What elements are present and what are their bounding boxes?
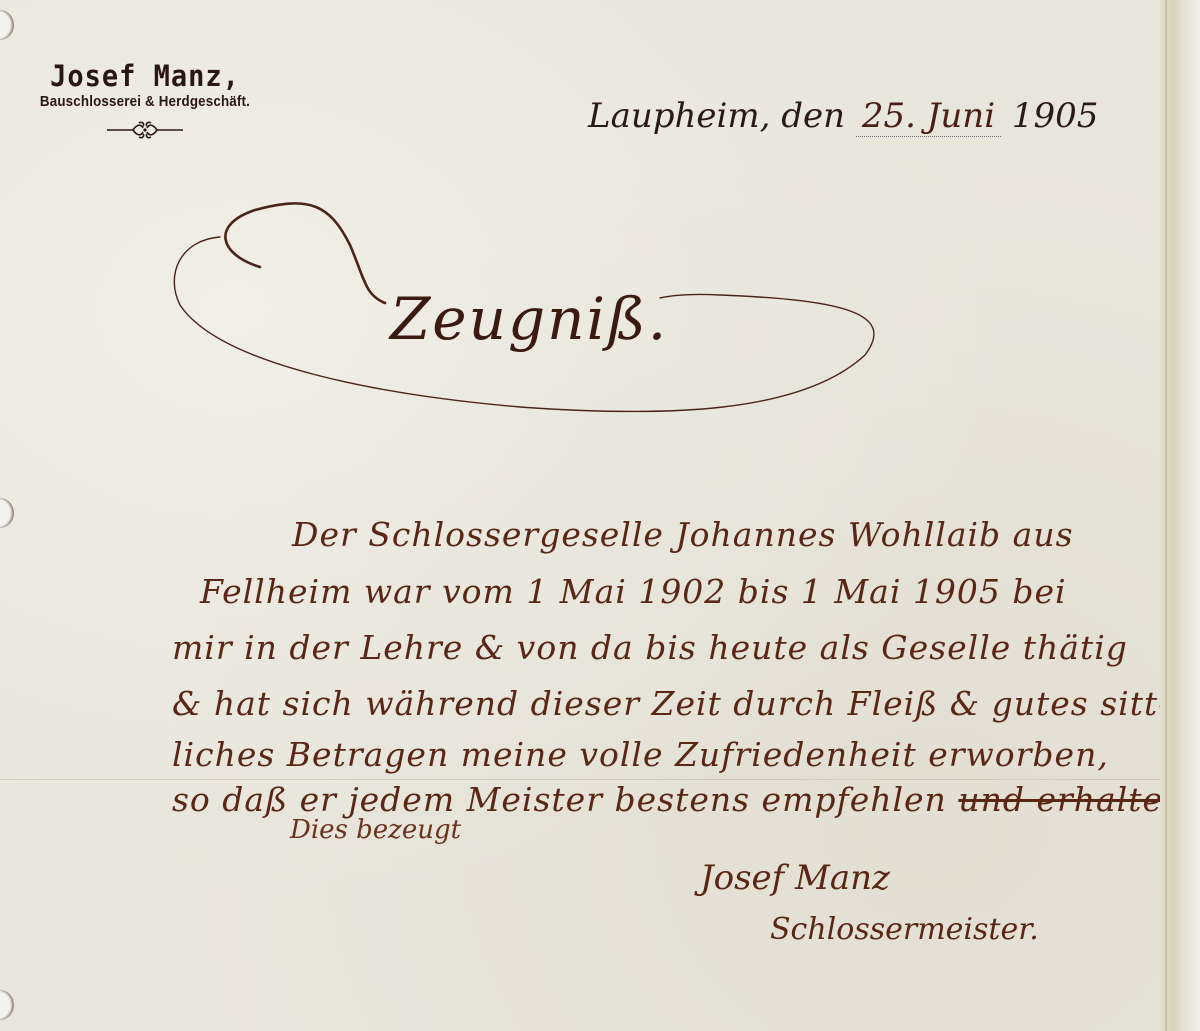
date-day-month: 25. Juni bbox=[856, 96, 1001, 137]
body-line-6-text: so daß er jedem Meister bestens empfehle… bbox=[172, 780, 947, 819]
body-line-1: Der Schlossergeselle Johannes Wohllaib a… bbox=[292, 515, 1074, 554]
struck-text: und erhalten bbox=[958, 780, 1185, 819]
signature-name: Josef Manz bbox=[700, 858, 890, 898]
ornament-flourish-icon bbox=[105, 120, 185, 140]
letterhead-subtitle: Bauschlosserei & Herdgeschäft. bbox=[12, 94, 279, 110]
date-line: Laupheim, den 25. Juni 1905 bbox=[588, 96, 1098, 137]
fold-line bbox=[1165, 0, 1167, 1031]
title-block: Zeugniß. bbox=[160, 195, 880, 425]
date-day: 25. bbox=[862, 96, 916, 136]
letterhead-name: Josef Manz, bbox=[0, 61, 290, 94]
closing-text: Dies bezeugt bbox=[290, 815, 461, 845]
punch-hole bbox=[0, 498, 14, 528]
date-year: 1905 bbox=[1012, 96, 1099, 136]
punch-hole bbox=[0, 990, 14, 1020]
letterhead: Josef Manz, Bauschlosserei & Herdgeschäf… bbox=[0, 62, 290, 144]
document-page: Josef Manz, Bauschlosserei & Herdgeschäf… bbox=[0, 0, 1168, 1031]
body-line-3: mir in der Lehre & von da bis heute als … bbox=[172, 628, 1128, 667]
body-line-6: so daß er jedem Meister bestens empfehle… bbox=[172, 780, 1185, 819]
body-line-4: & hat sich während dieser Zeit durch Fle… bbox=[172, 684, 1170, 723]
body-line-5: liches Betragen meine volle Zufriedenhei… bbox=[172, 735, 1109, 774]
date-place: Laupheim, bbox=[588, 96, 770, 136]
document-title: Zeugniß. bbox=[390, 285, 668, 353]
body-line-2: Fellheim war vom 1 Mai 1902 bis 1 Mai 19… bbox=[200, 572, 1067, 611]
signature-title: Schlossermeister. bbox=[770, 912, 1039, 947]
date-month: Juni bbox=[927, 96, 995, 136]
punch-hole bbox=[0, 10, 14, 40]
date-den: den bbox=[781, 96, 845, 136]
